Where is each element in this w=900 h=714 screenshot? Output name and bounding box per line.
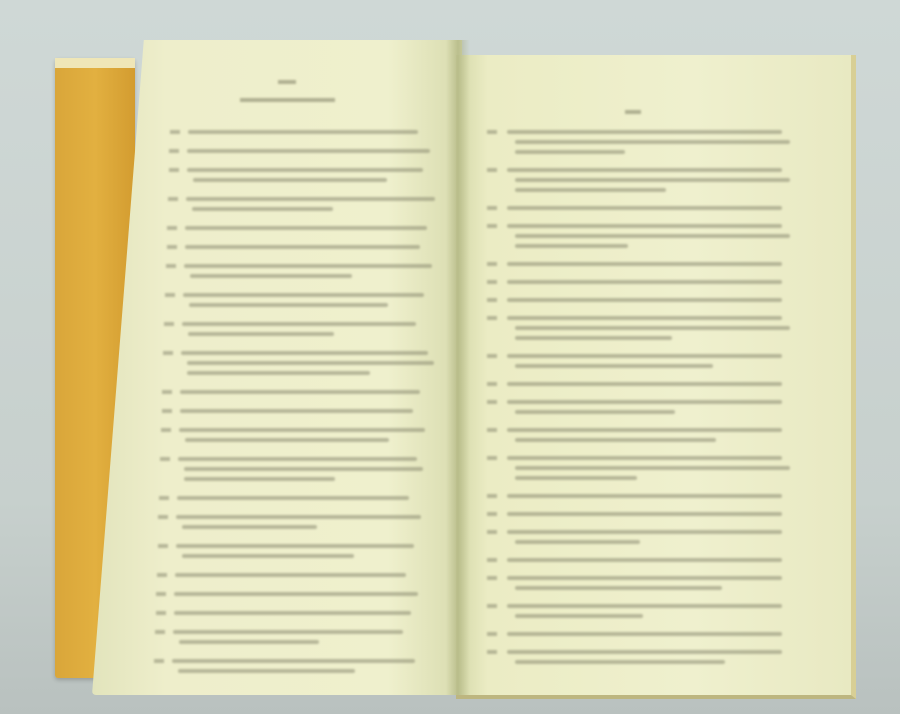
text-line bbox=[507, 428, 782, 432]
text-line bbox=[174, 611, 411, 615]
text-line bbox=[507, 400, 782, 404]
text-line bbox=[188, 332, 334, 336]
entry-number bbox=[169, 168, 179, 172]
entry-number bbox=[487, 512, 497, 516]
text-line bbox=[178, 457, 417, 461]
text-line bbox=[507, 316, 782, 320]
text-line bbox=[182, 554, 354, 558]
entry-number bbox=[487, 130, 497, 134]
text-line bbox=[172, 659, 415, 663]
text-line bbox=[507, 530, 782, 534]
text-line bbox=[515, 466, 790, 470]
cover-edge bbox=[55, 58, 135, 68]
text-line bbox=[507, 130, 782, 134]
text-line bbox=[190, 274, 352, 278]
text-line bbox=[515, 364, 713, 368]
text-line bbox=[193, 178, 387, 182]
text-line bbox=[179, 428, 425, 432]
entry-number bbox=[487, 206, 497, 210]
entry-number bbox=[159, 496, 169, 500]
text-line bbox=[173, 630, 403, 634]
text-line bbox=[515, 234, 790, 238]
entry-number bbox=[487, 280, 497, 284]
entry-number bbox=[164, 322, 174, 326]
text-line bbox=[507, 224, 782, 228]
entry-number bbox=[156, 592, 166, 596]
text-line bbox=[515, 614, 643, 618]
text-line bbox=[174, 592, 418, 596]
text-line bbox=[182, 322, 416, 326]
text-line bbox=[185, 245, 420, 249]
text-line bbox=[187, 361, 434, 365]
text-line bbox=[507, 298, 782, 302]
text-line bbox=[507, 576, 782, 580]
entry-number bbox=[487, 530, 497, 534]
text-line bbox=[507, 512, 782, 516]
text-line bbox=[187, 371, 370, 375]
entry-number bbox=[168, 197, 178, 201]
entry-number bbox=[487, 316, 497, 320]
entry-number bbox=[487, 494, 497, 498]
text-line bbox=[515, 660, 725, 664]
text-line bbox=[184, 477, 335, 481]
text-line bbox=[507, 604, 782, 608]
text-line bbox=[507, 558, 782, 562]
text-line bbox=[180, 390, 420, 394]
text-line bbox=[515, 586, 722, 590]
entry-number bbox=[155, 630, 165, 634]
text-line bbox=[189, 303, 388, 307]
entry-number bbox=[163, 351, 173, 355]
entry-number bbox=[169, 149, 179, 153]
text-line bbox=[507, 456, 782, 460]
entry-number bbox=[487, 400, 497, 404]
text-line bbox=[507, 382, 782, 386]
entry-number bbox=[167, 245, 177, 249]
entry-number bbox=[487, 354, 497, 358]
text-line bbox=[180, 409, 413, 413]
text-line bbox=[187, 168, 423, 172]
text-line bbox=[188, 130, 418, 134]
text-line bbox=[625, 110, 641, 114]
entry-number bbox=[487, 224, 497, 228]
text-line bbox=[187, 149, 430, 153]
text-line bbox=[515, 438, 716, 442]
text-line bbox=[507, 168, 782, 172]
text-line bbox=[240, 98, 335, 102]
text-line bbox=[515, 140, 790, 144]
entry-number bbox=[158, 515, 168, 519]
text-line bbox=[515, 188, 666, 192]
entry-number bbox=[162, 409, 172, 413]
entry-number bbox=[487, 428, 497, 432]
text-line bbox=[515, 540, 640, 544]
text-line bbox=[515, 336, 672, 340]
entry-number bbox=[487, 576, 497, 580]
text-line bbox=[192, 207, 333, 211]
text-line bbox=[176, 544, 414, 548]
text-line bbox=[178, 669, 355, 673]
text-line bbox=[183, 293, 424, 297]
text-line bbox=[175, 573, 406, 577]
entry-number bbox=[167, 226, 177, 230]
text-line bbox=[507, 206, 782, 210]
entry-number bbox=[487, 558, 497, 562]
entry-number bbox=[487, 298, 497, 302]
text-line bbox=[507, 262, 782, 266]
entry-number bbox=[487, 650, 497, 654]
text-line bbox=[507, 280, 782, 284]
entry-number bbox=[154, 659, 164, 663]
text-line bbox=[184, 264, 432, 268]
entry-number bbox=[487, 456, 497, 460]
text-line bbox=[507, 354, 782, 358]
text-line bbox=[186, 197, 435, 201]
text-line bbox=[507, 650, 782, 654]
text-line bbox=[515, 178, 790, 182]
text-line bbox=[176, 515, 421, 519]
entry-number bbox=[487, 262, 497, 266]
left-page bbox=[92, 40, 462, 695]
entry-number bbox=[487, 382, 497, 386]
entry-number bbox=[161, 428, 171, 432]
text-line bbox=[515, 410, 675, 414]
entry-number bbox=[156, 611, 166, 615]
entry-number bbox=[162, 390, 172, 394]
entry-number bbox=[487, 632, 497, 636]
entry-number bbox=[487, 168, 497, 172]
text-line bbox=[185, 438, 389, 442]
text-line bbox=[515, 150, 625, 154]
entry-number bbox=[165, 293, 175, 297]
text-line bbox=[184, 467, 423, 471]
text-line bbox=[507, 494, 782, 498]
text-line bbox=[179, 640, 319, 644]
text-line bbox=[185, 226, 427, 230]
text-line bbox=[515, 244, 628, 248]
text-line bbox=[515, 476, 637, 480]
entry-number bbox=[487, 604, 497, 608]
text-line bbox=[181, 351, 428, 355]
entry-number bbox=[157, 573, 167, 577]
entry-number bbox=[160, 457, 170, 461]
entry-number bbox=[166, 264, 176, 268]
text-line bbox=[515, 326, 790, 330]
entry-number bbox=[170, 130, 180, 134]
text-line bbox=[278, 80, 296, 84]
entry-number bbox=[158, 544, 168, 548]
book-gutter bbox=[446, 40, 470, 695]
text-line bbox=[182, 525, 317, 529]
text-line bbox=[507, 632, 782, 636]
text-line bbox=[177, 496, 409, 500]
